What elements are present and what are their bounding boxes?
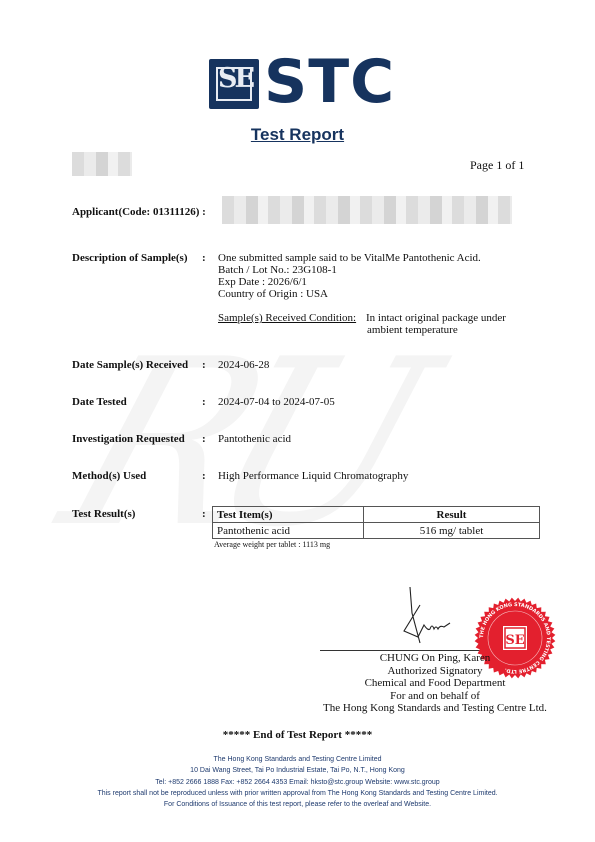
description-value: One submitted sample said to be VitalMe … [218, 252, 481, 300]
colon: : [202, 433, 206, 445]
average-weight-note: Average weight per tablet : 1113 mg [214, 540, 330, 549]
test-item-cell: Pantothenic acid [213, 523, 364, 539]
signatory-title: Authorized Signatory [270, 665, 595, 678]
results-label: Test Result(s) [72, 508, 135, 520]
exp-date: Exp Date : 2026/6/1 [218, 276, 481, 288]
colon: : [202, 252, 206, 264]
investigation-label: Investigation Requested [72, 433, 185, 445]
signatory-department: Chemical and Food Department [270, 677, 595, 690]
colon: : [202, 396, 206, 408]
footer-disclaimer: This report shall not be reproduced unle… [0, 788, 595, 799]
date-received-label: Date Sample(s) Received [72, 359, 188, 371]
condition-label: Sample(s) Received Condition: [218, 312, 356, 324]
date-tested-label: Date Tested [72, 396, 127, 408]
signatory-name: CHUNG On Ping, Karen [270, 652, 595, 665]
investigation-value: Pantothenic acid [218, 433, 291, 445]
results-table: Test Item(s) Result Pantothenic acid 516… [212, 506, 540, 539]
footer-address: 10 Dai Wang Street, Tai Po Industrial Es… [0, 765, 595, 776]
logo-se-glyph: SE [218, 65, 252, 92]
stc-logo-text: STC [264, 52, 395, 112]
footer: The Hong Kong Standards and Testing Cent… [0, 754, 595, 810]
colon: : [202, 508, 206, 520]
footer-company: The Hong Kong Standards and Testing Cent… [0, 754, 595, 765]
batch-lot: Batch / Lot No.: 23G108-1 [218, 264, 481, 276]
stc-logo-mark: SE [209, 59, 259, 109]
svg-text:SE: SE [505, 633, 524, 648]
signatory-company: The Hong Kong Standards and Testing Cent… [270, 702, 595, 715]
method-value: High Performance Liquid Chromatography [218, 470, 408, 482]
date-tested-value: 2024-07-04 to 2024-07-05 [218, 396, 335, 408]
table-row: Pantothenic acid 516 mg/ tablet [213, 523, 540, 539]
footer-conditions: For Conditions of Issuance of this test … [0, 799, 595, 810]
condition-line: In intact original package under [366, 312, 506, 324]
description-line: One submitted sample said to be VitalMe … [218, 252, 481, 264]
table-header-row: Test Item(s) Result [213, 507, 540, 523]
redacted-applicant [222, 196, 512, 224]
colon: : [202, 359, 206, 371]
date-received-value: 2024-06-28 [218, 359, 269, 371]
column-header: Test Item(s) [213, 507, 364, 523]
footer-contact: Tel: +852 2666 1888 Fax: +852 2664 4353 … [0, 777, 595, 788]
redacted-reference [72, 152, 132, 176]
method-label: Method(s) Used [72, 470, 146, 482]
page-number: Page 1 of 1 [470, 158, 524, 173]
signatory-block: CHUNG On Ping, Karen Authorized Signator… [270, 652, 595, 715]
report-title: Test Report [0, 125, 595, 145]
condition-line: ambient temperature [366, 324, 506, 336]
column-header: Result [364, 507, 540, 523]
end-of-report: ***** End of Test Report ***** [0, 729, 595, 741]
signatory-behalf: For and on behalf of [270, 690, 595, 703]
condition-value: In intact original package under ambient… [366, 312, 506, 336]
description-label: Description of Sample(s) [72, 252, 188, 264]
country-of-origin: Country of Origin : USA [218, 288, 481, 300]
signature-scribble [398, 585, 458, 655]
result-cell: 516 mg/ tablet [364, 523, 540, 539]
report-title-text: Test Report [251, 125, 344, 144]
applicant-label: Applicant(Code: 01311126) : [72, 206, 206, 218]
colon: : [202, 470, 206, 482]
